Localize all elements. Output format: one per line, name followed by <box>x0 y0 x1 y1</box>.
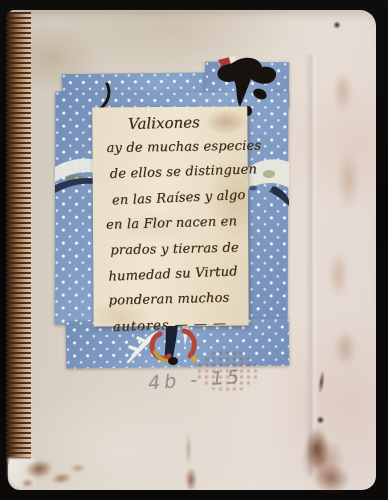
label-line: autores — — — <box>103 310 241 340</box>
label-title: Valixones <box>102 113 225 134</box>
label-line: en la Flor nacen en <box>103 209 241 238</box>
label-line: ay de muchas especies <box>102 134 239 162</box>
pasted-label: Valixones ay de muchas especies de ellos… <box>92 106 249 326</box>
page-corner-highlight <box>8 458 36 488</box>
label-line: ponderan muchos <box>103 286 241 315</box>
photo-slide-frame: Valixones ay de muchas especies de ellos… <box>0 0 388 500</box>
binding-stitches <box>6 12 31 464</box>
page-crease <box>306 55 318 475</box>
